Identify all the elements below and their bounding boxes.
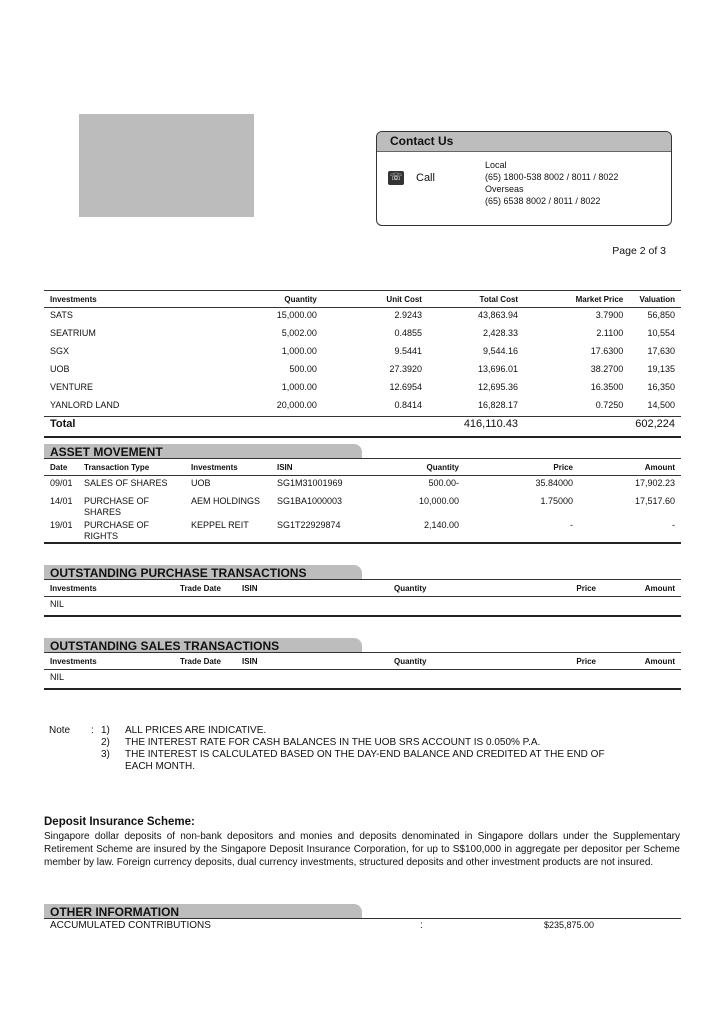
divider <box>44 918 681 919</box>
amount: - <box>579 518 681 543</box>
table-row: NIL <box>44 670 681 690</box>
quantity: 5,002.00 <box>222 326 323 344</box>
price: - <box>465 518 579 543</box>
col-price: Price <box>465 459 579 476</box>
col-total-cost: Total Cost <box>428 291 524 308</box>
col-price: Price <box>460 653 602 670</box>
note-item: Note:1)ALL PRICES ARE INDICATIVE. <box>49 725 615 737</box>
table-row: SATS15,000.002.924343,863.943.790056,850 <box>44 308 681 327</box>
investment-name: UOB <box>185 476 271 495</box>
isin: SG1BA1000003 <box>271 494 363 518</box>
market-price: 3.7900 <box>524 308 629 327</box>
quantity: 1,000.00 <box>222 344 323 362</box>
note-text: THE INTEREST IS CALCULATED BASED ON THE … <box>125 749 615 773</box>
table-row: VENTURE1,000.0012.695412,695.3616.350016… <box>44 380 681 398</box>
col-amount: Amount <box>579 459 681 476</box>
outstanding-purchase-header-row: Investments Trade Date ISIN Quantity Pri… <box>44 580 681 597</box>
investment-name: YANLORD LAND <box>44 398 222 417</box>
col-investments: Investments <box>185 459 271 476</box>
market-price: 38.2700 <box>524 362 629 380</box>
col-quantity: Quantity <box>388 653 460 670</box>
page-number: Page 2 of 3 <box>612 245 666 257</box>
col-price: Price <box>460 580 602 597</box>
total-cost: 2,428.33 <box>428 326 524 344</box>
note-item: 3)THE INTEREST IS CALCULATED BASED ON TH… <box>49 749 615 773</box>
col-trade-date: Trade Date <box>174 653 236 670</box>
investment-name: SATS <box>44 308 222 327</box>
contact-line-overseas-label: Overseas <box>485 183 618 195</box>
outstanding-sales-table: Investments Trade Date ISIN Quantity Pri… <box>44 653 681 690</box>
unit-cost: 2.9243 <box>323 308 428 327</box>
market-price: 17.6300 <box>524 344 629 362</box>
table-row: YANLORD LAND20,000.000.841416,828.170.72… <box>44 398 681 417</box>
valuation: 14,500 <box>629 398 681 417</box>
investment-name: VENTURE <box>44 380 222 398</box>
isin: SG1M31001969 <box>271 476 363 495</box>
accumulated-contributions-label: ACCUMULATED CONTRIBUTIONS <box>50 920 211 931</box>
table-row: 14/01PURCHASE OF SHARESAEM HOLDINGSSG1BA… <box>44 494 681 518</box>
price: 35.84000 <box>465 476 579 495</box>
note-item: 2)THE INTEREST RATE FOR CASH BALANCES IN… <box>49 737 615 749</box>
outstanding-purchase-table: Investments Trade Date ISIN Quantity Pri… <box>44 580 681 617</box>
total-valuation: 602,224 <box>629 417 681 438</box>
unit-cost: 0.4855 <box>323 326 428 344</box>
date: 14/01 <box>44 494 78 518</box>
unit-cost: 27.3920 <box>323 362 428 380</box>
col-trade-date: Trade Date <box>174 580 236 597</box>
transaction-type: PURCHASE OF RIGHTS <box>78 518 185 543</box>
separator: : <box>420 920 423 931</box>
col-quantity: Quantity <box>363 459 465 476</box>
col-transaction-type: Transaction Type <box>78 459 185 476</box>
note-colon <box>91 749 101 773</box>
col-isin: ISIN <box>271 459 363 476</box>
accumulated-contributions-value: $235,875.00 <box>544 920 594 930</box>
total-cost: 16,828.17 <box>428 398 524 417</box>
note-label <box>49 749 91 773</box>
col-isin: ISIN <box>236 580 388 597</box>
outstanding-sales-title: OUTSTANDING SALES TRANSACTIONS <box>44 638 362 653</box>
total-cost: 43,863.94 <box>428 308 524 327</box>
market-price: 2.1100 <box>524 326 629 344</box>
table-row: SGX1,000.009.54419,544.1617.630017,630 <box>44 344 681 362</box>
contact-us-title: Contact Us <box>377 132 671 152</box>
asset-movement-table: Date Transaction Type Investments ISIN Q… <box>44 459 681 544</box>
note-number: 1) <box>101 725 125 737</box>
quantity: 2,140.00 <box>363 518 465 543</box>
market-price: 0.7250 <box>524 398 629 417</box>
market-price: 16.3500 <box>524 380 629 398</box>
contact-us-box: Contact Us ☏ Call Local (65) 1800-538 80… <box>376 131 672 226</box>
quantity: 500.00 <box>222 362 323 380</box>
unit-cost: 9.5441 <box>323 344 428 362</box>
notes: Note:1)ALL PRICES ARE INDICATIVE.2)THE I… <box>49 725 615 773</box>
phone-icon: ☏ <box>388 171 404 185</box>
amount: 17,517.60 <box>579 494 681 518</box>
outstanding-purchase-title: OUTSTANDING PURCHASE TRANSACTIONS <box>44 565 362 580</box>
quantity: 20,000.00 <box>222 398 323 417</box>
contact-numbers: Local (65) 1800-538 8002 / 8011 / 8022 O… <box>485 159 618 207</box>
price: 1.75000 <box>465 494 579 518</box>
note-text: ALL PRICES ARE INDICATIVE. <box>125 725 615 737</box>
other-information-title: OTHER INFORMATION <box>44 904 362 919</box>
table-row: UOB500.0027.392013,696.0138.270019,135 <box>44 362 681 380</box>
valuation: 56,850 <box>629 308 681 327</box>
table-row: SEATRIUM5,002.000.48552,428.332.110010,5… <box>44 326 681 344</box>
holdings-table: Investments Quantity Unit Cost Total Cos… <box>44 290 681 438</box>
col-valuation: Valuation <box>629 291 681 308</box>
unit-cost: 0.8414 <box>323 398 428 417</box>
total-label: Total <box>44 417 222 438</box>
col-amount: Amount <box>602 580 681 597</box>
asset-movement-title: ASSET MOVEMENT <box>44 444 362 459</box>
nil-text: NIL <box>44 670 681 690</box>
unit-cost: 12.6954 <box>323 380 428 398</box>
holdings-total-row: Total 416,110.43 602,224 <box>44 417 681 438</box>
valuation: 10,554 <box>629 326 681 344</box>
total-cost: 12,695.36 <box>428 380 524 398</box>
contact-line-local-label: Local <box>485 159 618 171</box>
deposit-insurance-title: Deposit Insurance Scheme: <box>44 816 195 828</box>
col-amount: Amount <box>602 653 681 670</box>
col-unit-cost: Unit Cost <box>323 291 428 308</box>
col-market-price: Market Price <box>524 291 629 308</box>
quantity: 10,000.00 <box>363 494 465 518</box>
table-row: NIL <box>44 597 681 617</box>
note-colon <box>91 737 101 749</box>
outstanding-sales-header-row: Investments Trade Date ISIN Quantity Pri… <box>44 653 681 670</box>
holdings-header-row: Investments Quantity Unit Cost Total Cos… <box>44 291 681 308</box>
total-cost: 9,544.16 <box>428 344 524 362</box>
quantity: 15,000.00 <box>222 308 323 327</box>
col-date: Date <box>44 459 78 476</box>
redacted-logo-area <box>79 114 254 217</box>
note-number: 3) <box>101 749 125 773</box>
investment-name: AEM HOLDINGS <box>185 494 271 518</box>
quantity: 500.00- <box>363 476 465 495</box>
investment-name: UOB <box>44 362 222 380</box>
investment-name: SEATRIUM <box>44 326 222 344</box>
col-quantity: Quantity <box>222 291 323 308</box>
contact-line-overseas-number: (65) 6538 8002 / 8011 / 8022 <box>485 195 618 207</box>
deposit-insurance-body: Singapore dollar deposits of non-bank de… <box>44 830 680 869</box>
col-investments: Investments <box>44 653 174 670</box>
nil-text: NIL <box>44 597 681 617</box>
note-text: THE INTEREST RATE FOR CASH BALANCES IN T… <box>125 737 615 749</box>
total-cost: 416,110.43 <box>428 417 524 438</box>
note-colon: : <box>91 725 101 737</box>
table-row: 09/01SALES OF SHARESUOBSG1M31001969500.0… <box>44 476 681 495</box>
transaction-type: PURCHASE OF SHARES <box>78 494 185 518</box>
col-investments: Investments <box>44 291 222 308</box>
note-number: 2) <box>101 737 125 749</box>
table-row: 19/01PURCHASE OF RIGHTSKEPPEL REITSG1T22… <box>44 518 681 543</box>
transaction-type: SALES OF SHARES <box>78 476 185 495</box>
date: 19/01 <box>44 518 78 543</box>
note-label <box>49 737 91 749</box>
asset-movement-header-row: Date Transaction Type Investments ISIN Q… <box>44 459 681 476</box>
date: 09/01 <box>44 476 78 495</box>
col-isin: ISIN <box>236 653 388 670</box>
contact-line-local-number: (65) 1800-538 8002 / 8011 / 8022 <box>485 171 618 183</box>
note-label: Note <box>49 725 91 737</box>
investment-name: SGX <box>44 344 222 362</box>
col-quantity: Quantity <box>388 580 460 597</box>
valuation: 17,630 <box>629 344 681 362</box>
investment-name: KEPPEL REIT <box>185 518 271 543</box>
col-investments: Investments <box>44 580 174 597</box>
call-label: Call <box>416 172 435 184</box>
amount: 17,902.23 <box>579 476 681 495</box>
total-cost: 13,696.01 <box>428 362 524 380</box>
valuation: 16,350 <box>629 380 681 398</box>
quantity: 1,000.00 <box>222 380 323 398</box>
isin: SG1T22929874 <box>271 518 363 543</box>
valuation: 19,135 <box>629 362 681 380</box>
